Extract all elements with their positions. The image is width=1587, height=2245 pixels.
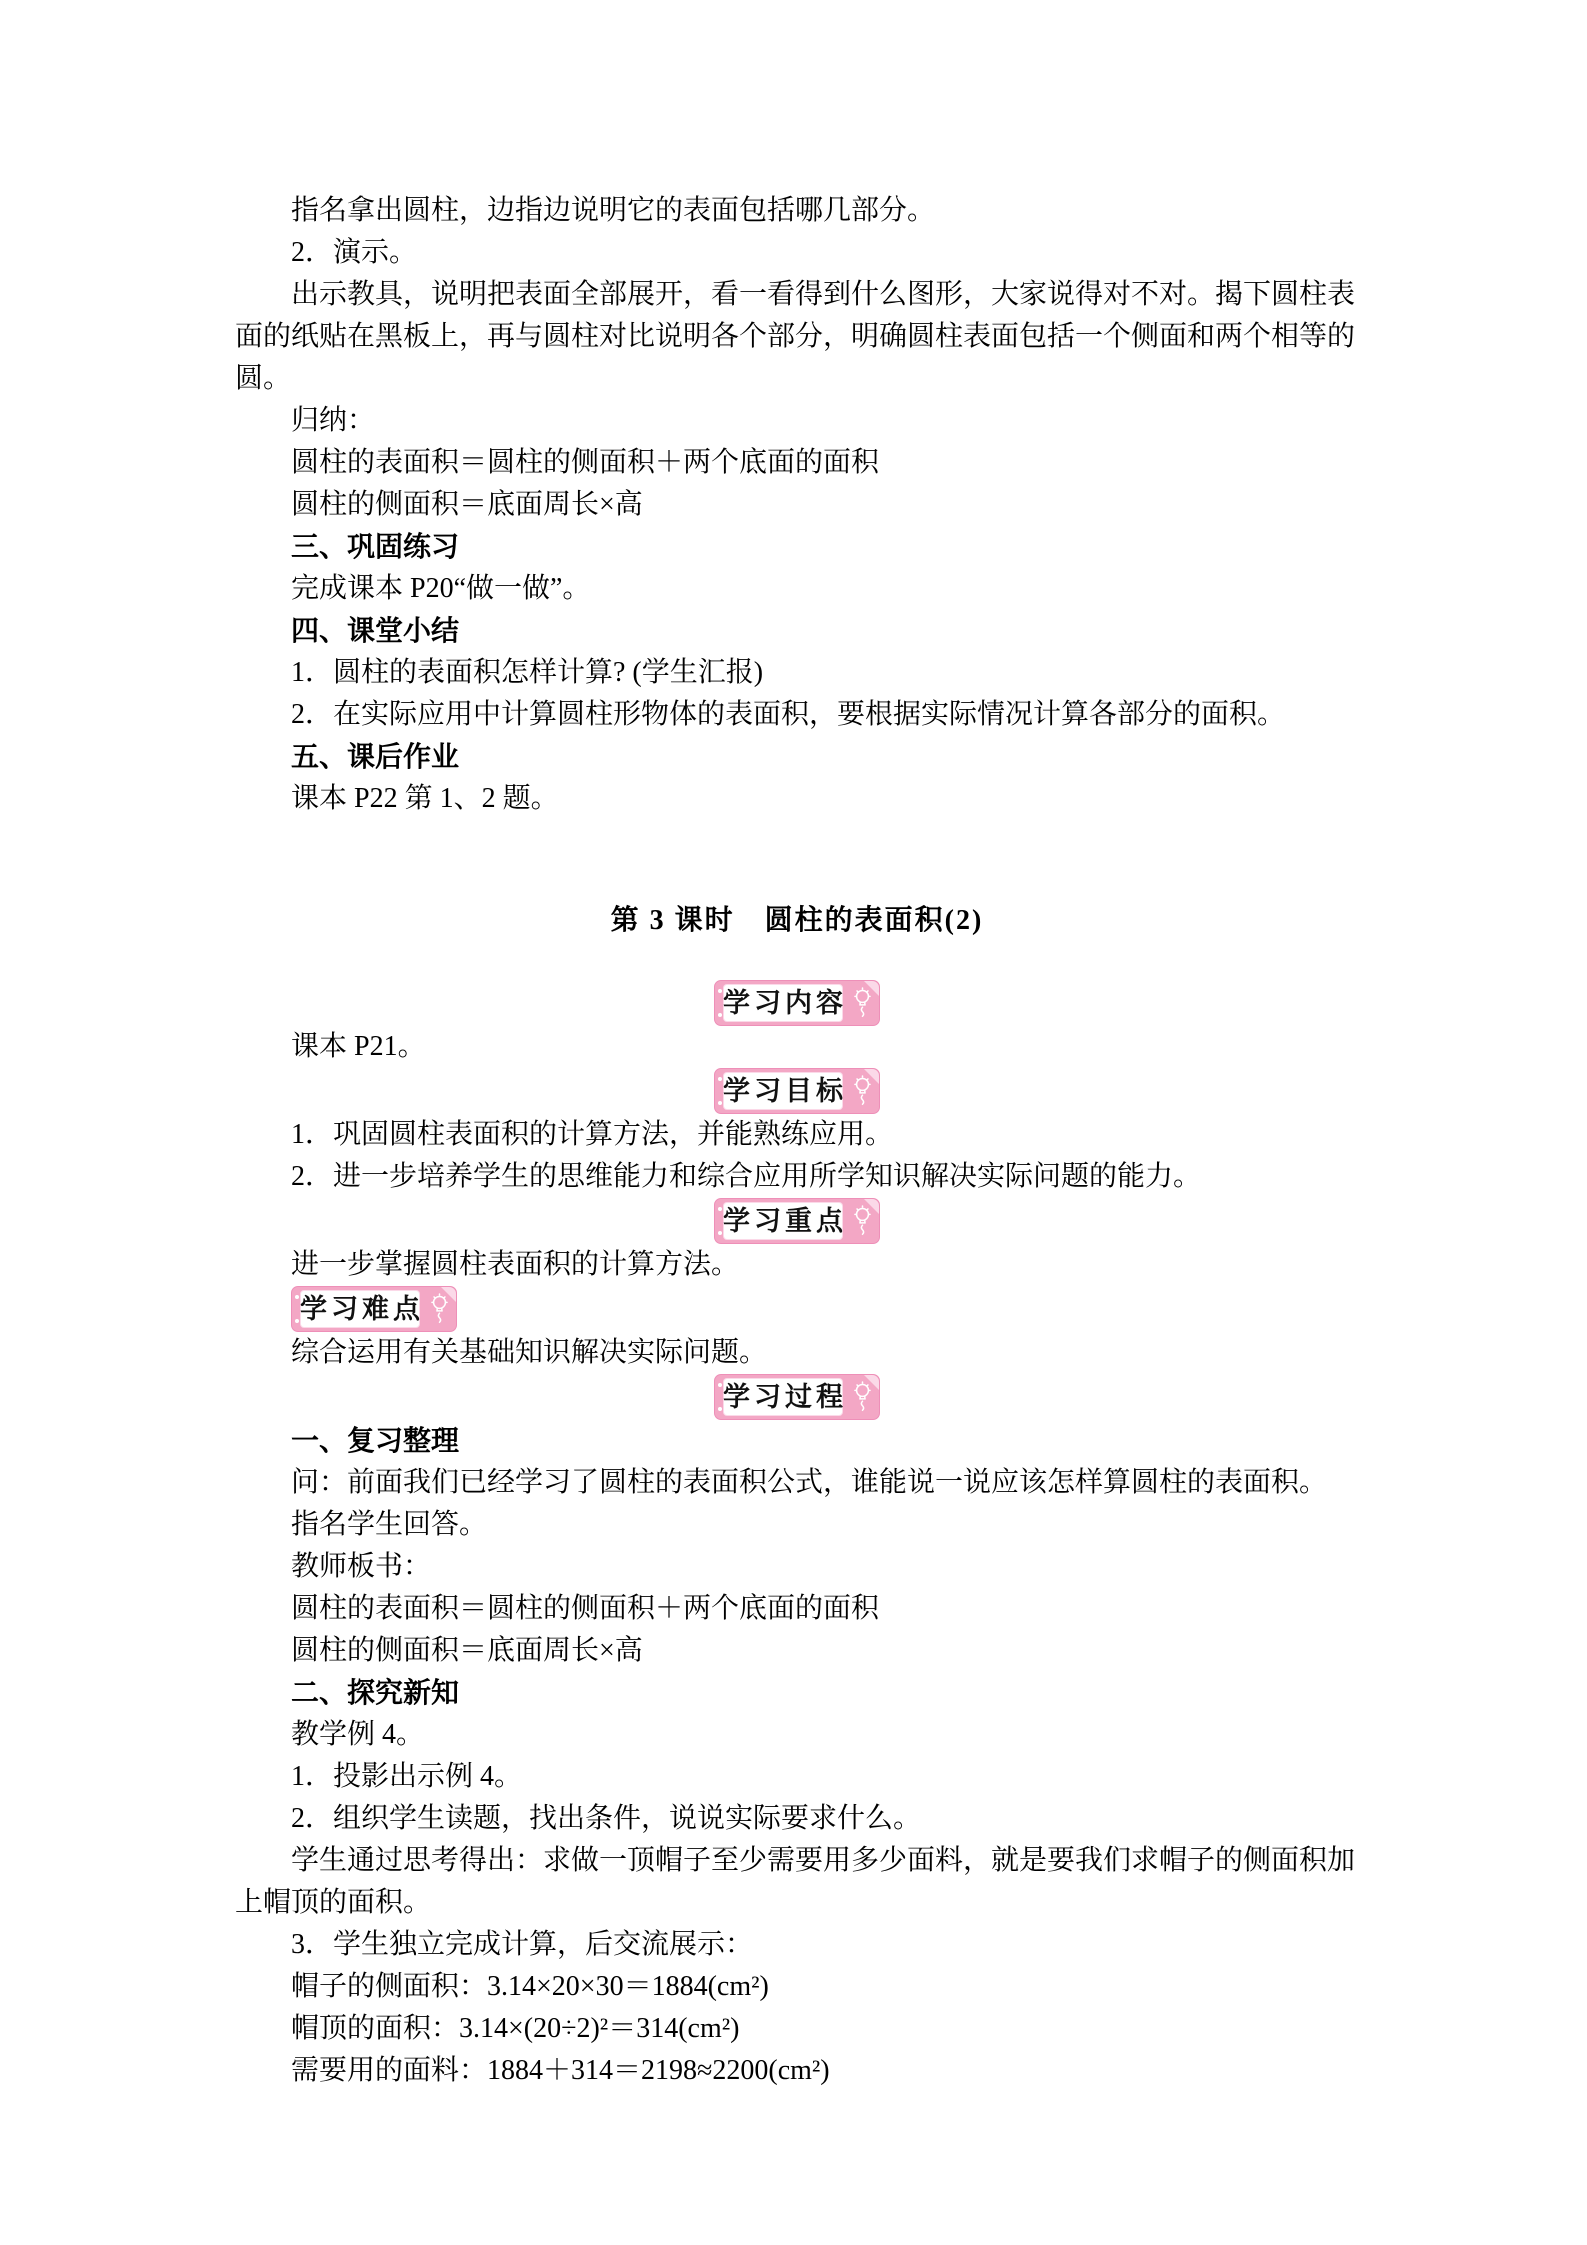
document-body: 指名拿出圆柱，边指边说明它的表面包括哪几部分。2．演示。出示教具，说明把表面全部… bbox=[235, 190, 1359, 2092]
badge-learning-key-point: 学习重点 bbox=[235, 1198, 1359, 1244]
badge-label: 学习过程 bbox=[719, 1384, 847, 1411]
section-heading: 三、巩固练习 bbox=[235, 526, 1359, 568]
paragraph: 课本 P22 第 1、2 题。 bbox=[235, 778, 1359, 820]
paragraph: 课本 P21。 bbox=[235, 1026, 1359, 1068]
badge-label: 学习内容 bbox=[719, 990, 847, 1017]
paragraph: 圆柱的表面积＝圆柱的侧面积＋两个底面的面积 bbox=[235, 1588, 1359, 1630]
badge-inner-panel: 学习重点 bbox=[724, 1203, 842, 1239]
page-fold-decoration bbox=[864, 981, 879, 996]
paragraph: 圆柱的侧面积＝底面周长×高 bbox=[235, 484, 1359, 526]
paragraph: 1．巩固圆柱表面积的计算方法，并能熟练应用。 bbox=[235, 1114, 1359, 1156]
paragraph: 帽顶的面积：3.14×(20÷2)²＝314(cm²) bbox=[235, 2008, 1359, 2050]
badge-inner-panel: 学习目标 bbox=[724, 1073, 842, 1109]
paragraph: 进一步掌握圆柱表面积的计算方法。 bbox=[235, 1244, 1359, 1286]
badge-frame: 学习重点 bbox=[714, 1198, 880, 1244]
badge-frame: 学习内容 bbox=[714, 980, 880, 1026]
paragraph: 出示教具，说明把表面全部展开，看一看得到什么图形，大家说得对不对。揭下圆柱表面的… bbox=[235, 274, 1359, 400]
paragraph: 学生通过思考得出：求做一顶帽子至少需要用多少面料，就是要我们求帽子的侧面积加上帽… bbox=[235, 1840, 1359, 1924]
paragraph: 教师板书： bbox=[235, 1546, 1359, 1588]
paragraph: 1．圆柱的表面积怎样计算? (学生汇报) bbox=[235, 652, 1359, 694]
page-fold-decoration bbox=[864, 1375, 879, 1390]
badge-frame: 学习目标 bbox=[714, 1068, 880, 1114]
paragraph: 帽子的侧面积：3.14×20×30＝1884(cm²) bbox=[235, 1966, 1359, 2008]
badge-frame: 学习过程 bbox=[714, 1374, 880, 1420]
paragraph: 2．演示。 bbox=[235, 232, 1359, 274]
section-heading: 二、探究新知 bbox=[235, 1672, 1359, 1714]
badge-label: 学习难点 bbox=[296, 1296, 424, 1323]
badge-inner-panel: 学习内容 bbox=[724, 985, 842, 1021]
badge-learning-goals: 学习目标 bbox=[235, 1068, 1359, 1114]
paragraph: 需要用的面料：1884＋314＝2198≈2200(cm²) bbox=[235, 2050, 1359, 2092]
badge-learning-difficulty: 学习难点 bbox=[235, 1286, 1359, 1332]
section-heading: 五、课后作业 bbox=[235, 736, 1359, 778]
badge-label: 学习目标 bbox=[719, 1078, 847, 1105]
badge-learning-process: 学习过程 bbox=[235, 1374, 1359, 1420]
badge-learning-content: 学习内容 bbox=[235, 980, 1359, 1026]
paragraph: 指名拿出圆柱，边指边说明它的表面包括哪几部分。 bbox=[235, 190, 1359, 232]
section-heading: 四、课堂小结 bbox=[235, 610, 1359, 652]
paragraph: 2．进一步培养学生的思维能力和综合应用所学知识解决实际问题的能力。 bbox=[235, 1156, 1359, 1198]
badge-label: 学习重点 bbox=[719, 1208, 847, 1235]
paragraph: 2．在实际应用中计算圆柱形物体的表面积，要根据实际情况计算各部分的面积。 bbox=[235, 694, 1359, 736]
paragraph: 问：前面我们已经学习了圆柱的表面积公式，谁能说一说应该怎样算圆柱的表面积。 bbox=[235, 1462, 1359, 1504]
paragraph: 3．学生独立完成计算，后交流展示： bbox=[235, 1924, 1359, 1966]
paragraph: 教学例 4。 bbox=[235, 1714, 1359, 1756]
paragraph: 1．投影出示例 4。 bbox=[235, 1756, 1359, 1798]
paragraph: 综合运用有关基础知识解决实际问题。 bbox=[235, 1332, 1359, 1374]
page-fold-decoration bbox=[864, 1069, 879, 1084]
page-fold-decoration bbox=[441, 1287, 456, 1302]
paragraph: 2．组织学生读题，找出条件，说说实际要求什么。 bbox=[235, 1798, 1359, 1840]
section-heading: 一、复习整理 bbox=[235, 1420, 1359, 1462]
badge-frame: 学习难点 bbox=[291, 1286, 457, 1332]
badge-inner-panel: 学习过程 bbox=[724, 1379, 842, 1415]
paragraph: 圆柱的表面积＝圆柱的侧面积＋两个底面的面积 bbox=[235, 442, 1359, 484]
lesson-title: 第 3 课时 圆柱的表面积(2) bbox=[235, 900, 1359, 942]
page-fold-decoration bbox=[864, 1199, 879, 1214]
badge-inner-panel: 学习难点 bbox=[301, 1291, 419, 1327]
document-page: 指名拿出圆柱，边指边说明它的表面包括哪几部分。2．演示。出示教具，说明把表面全部… bbox=[0, 0, 1587, 2245]
paragraph: 归纳： bbox=[235, 400, 1359, 442]
paragraph: 完成课本 P20“做一做”。 bbox=[235, 568, 1359, 610]
paragraph: 指名学生回答。 bbox=[235, 1504, 1359, 1546]
paragraph: 圆柱的侧面积＝底面周长×高 bbox=[235, 1630, 1359, 1672]
